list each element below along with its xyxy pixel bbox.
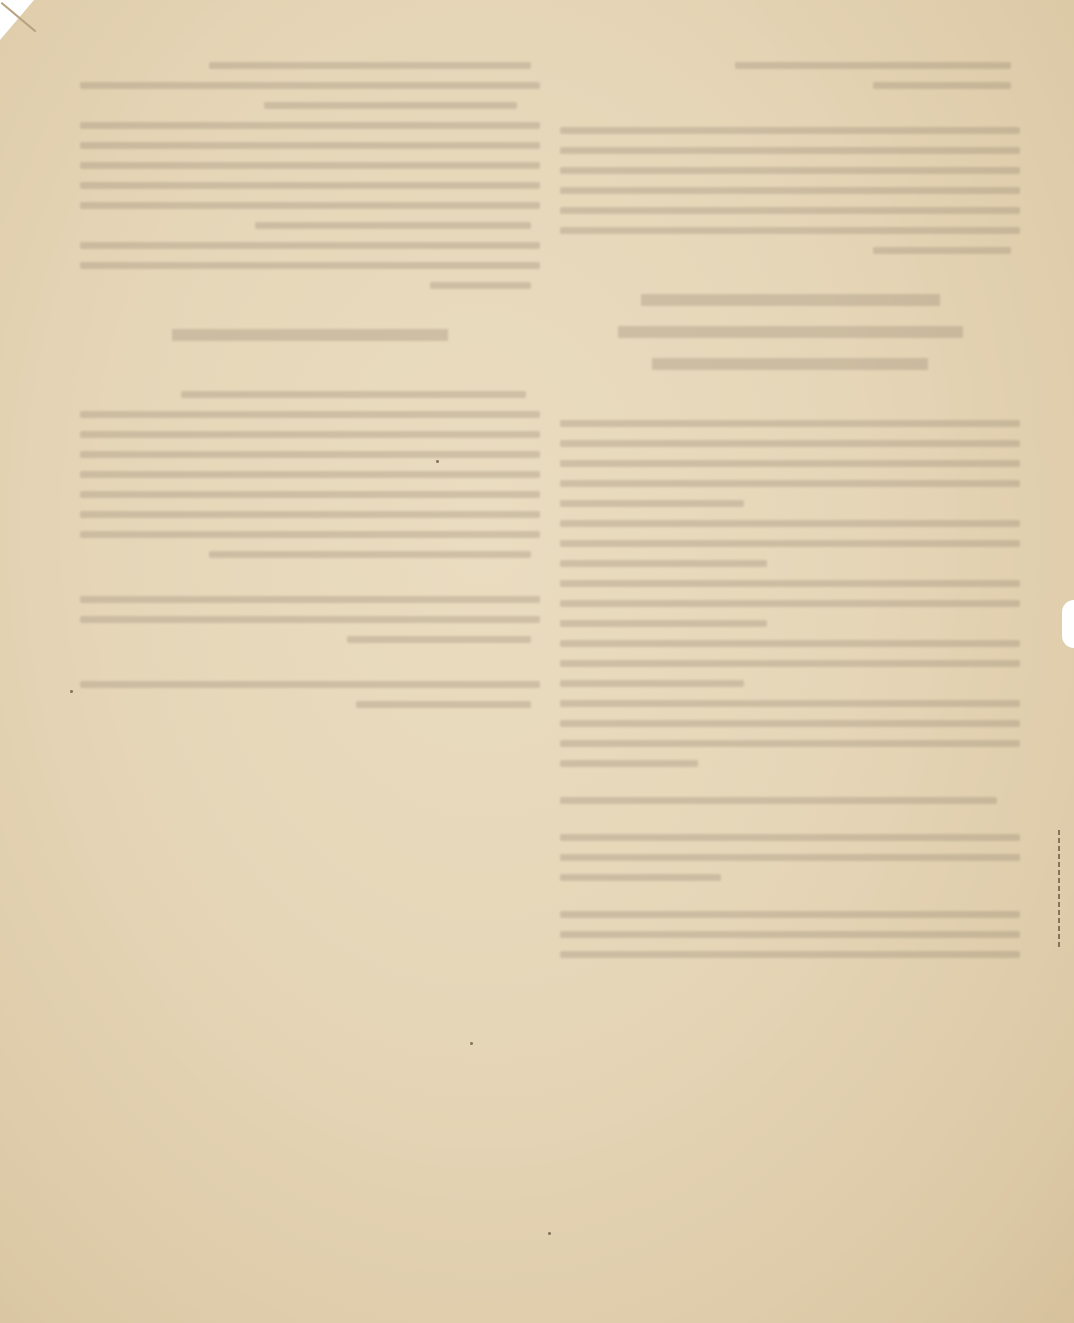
torn-edge-notch	[1062, 600, 1074, 648]
bleed-through-right-column	[560, 62, 1020, 971]
ink-speck	[548, 1232, 551, 1235]
bleed-through-left-column	[80, 62, 540, 721]
ink-speck	[70, 690, 73, 693]
ink-speck	[436, 460, 439, 463]
margin-dotted-line	[1058, 830, 1060, 950]
ink-speck	[470, 1042, 473, 1045]
